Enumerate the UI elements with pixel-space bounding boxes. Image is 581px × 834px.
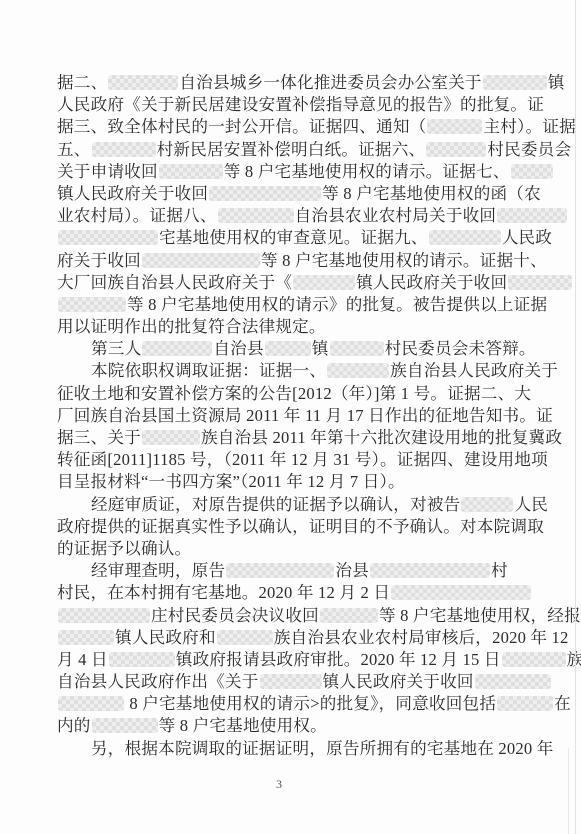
text-segment: 等 8 户宅基地使用权，经报 xyxy=(379,606,581,625)
text-segment: 族自治县人民政府关于 xyxy=(390,361,558,380)
text-line: 月 4 日镇政府报请县政府审批。2020 年 12 月 15 日族 xyxy=(57,649,543,671)
text-line: 庄村民委员会决议收回等 8 户宅基地使用权，经报 xyxy=(57,605,543,627)
text-segment: 镇人民政府关于收回 xyxy=(57,184,208,203)
redaction-block xyxy=(429,230,501,245)
text-segment: 经审理查明，原告 xyxy=(91,561,225,580)
text-segment: 自治县 xyxy=(213,339,263,358)
text-line: 用以证明作出的批复符合法律规定。 xyxy=(57,316,543,338)
text-line: 大厂回族自治县人民政府关于《镇人民政府关于收回 xyxy=(57,272,543,294)
redaction-block xyxy=(109,652,175,667)
redaction-block xyxy=(265,341,311,356)
text-segment: 村民委员会未答辩。 xyxy=(385,339,536,358)
text-segment: 庄村民委员会决议收回 xyxy=(151,606,319,625)
redaction-block xyxy=(497,696,553,711)
text-line: 政府提供的证据真实性予以确认，证明目的不予确认。对本院调取 xyxy=(57,516,543,538)
page-number: 3 xyxy=(269,777,289,792)
text-segment: 府关于收回 xyxy=(57,251,141,270)
text-line: 自治县人民政府作出《关于镇人民政府关于收回 xyxy=(57,671,543,693)
redaction-block xyxy=(508,275,572,290)
text-line: 关于申请收回等 8 户宅基地使用权的请示。证据七、 xyxy=(57,161,543,183)
text-segment: 第三人 xyxy=(91,339,141,358)
text-segment: 经庭审质证，对原告提供的证据予以确认，对被告 xyxy=(91,495,460,514)
scan-edge-artifact-lower xyxy=(568,748,569,834)
redaction-block xyxy=(483,75,547,90)
redaction-block xyxy=(142,341,212,356)
redaction-block xyxy=(58,608,150,623)
text-segment: 五、 xyxy=(57,140,91,159)
redaction-block xyxy=(391,585,531,600)
text-segment: 主村）。证据 xyxy=(483,117,575,136)
text-segment: 的证据予以确认。 xyxy=(57,539,191,558)
text-segment: 人民政府《关于新民居建设安置补偿指导意见的报告》的批复。证 xyxy=(57,95,544,114)
text-line: 据三、关于族自治县 2011 年第十六批次建设用地的批复冀政 xyxy=(57,427,543,449)
text-line: 宅基地使用权的审查意见。证据九、人民政 xyxy=(57,227,543,249)
text-segment: 人民 xyxy=(514,495,548,514)
text-segment: 族自治县农业农村局审核后，2020 年 12 xyxy=(274,628,569,647)
text-segment: 本院依职权调取证据：证据一、 xyxy=(91,361,326,380)
text-segment: 等 8 户宅基地使用权的请示。证据七、 xyxy=(224,162,510,181)
text-segment: 另，根据本院调取的证据证明，原告所拥有的宅基地在 2020 年 xyxy=(91,739,554,758)
redaction-block xyxy=(226,563,334,578)
redaction-block xyxy=(511,164,553,179)
text-line: 经审理查明，原告治县村 xyxy=(57,560,543,582)
redaction-block xyxy=(497,208,567,223)
redaction-block xyxy=(159,164,223,179)
redaction-block xyxy=(58,630,114,645)
redaction-block xyxy=(217,630,273,645)
redaction-block xyxy=(142,253,260,268)
redaction-block xyxy=(92,718,158,733)
text-segment: 自治县人民政府作出《关于 xyxy=(57,672,259,691)
text-segment: 内的 xyxy=(57,716,91,735)
redaction-block xyxy=(427,119,482,134)
text-segment: 村民，在本村拥有宅基地。2020 年 12 月 2 日 xyxy=(57,583,390,602)
text-segment: 等 8 户宅基地使用权。 xyxy=(159,716,327,735)
text-segment: 目呈报材料“一书四方案”（2011 年 12 月 7 日）。 xyxy=(57,472,405,491)
scan-edge-artifact xyxy=(575,0,576,834)
text-segment: 村 xyxy=(491,561,508,580)
text-segment: 镇政府报请县政府审批。2020 年 12 月 15 日 xyxy=(176,650,501,669)
text-segment: 镇 xyxy=(548,73,565,92)
text-segment: 关于申请收回 xyxy=(57,162,158,181)
text-segment: 人民政 xyxy=(502,228,552,247)
text-line: 转征函[2011]1185 号，（2011 年 12 月 31 号）。证据四、建… xyxy=(57,449,543,471)
text-line: 8 户宅基地使用权的请示>的批复》，同意收回包括在 xyxy=(57,693,543,715)
text-segment: 厂回族自治县国土资源局 2011 年 11 月 17 日作出的征地告知书。证 xyxy=(57,406,553,425)
redaction-block xyxy=(218,208,294,223)
text-segment: 村民委员会 xyxy=(487,140,571,159)
text-segment: 等 8 户宅基地使用权的请示》的批复。被告提供以上证据 xyxy=(127,295,547,314)
text-line: 业农村局）。证据八、自治县农业农村局关于收回 xyxy=(57,205,543,227)
text-segment: 据三、关于 xyxy=(57,428,141,447)
text-segment: 村新民居安置补偿明白纸。证据六、 xyxy=(157,140,426,159)
text-line: 的证据予以确认。 xyxy=(57,538,543,560)
text-segment: 用以证明作出的批复符合法律规定。 xyxy=(57,317,326,336)
redaction-block xyxy=(209,186,321,201)
redaction-block xyxy=(108,75,178,90)
text-line: 镇人民政府和族自治县农业农村局审核后，2020 年 12 xyxy=(57,627,543,649)
text-line: 据三、致全体村民的一封公开信。证据四、通知（主村）。证据 xyxy=(57,116,543,138)
redaction-block xyxy=(58,696,124,711)
text-segment: 自治县城乡一体化推进委员会办公室关于 xyxy=(179,73,481,92)
text-line: 人民政府《关于新民居建设安置补偿指导意见的报告》的批复。证 xyxy=(57,94,543,116)
text-line: 目呈报材料“一书四方案”（2011 年 12 月 7 日）。 xyxy=(57,471,543,493)
text-segment: 政府提供的证据真实性予以确认，证明目的不予确认。对本院调取 xyxy=(57,517,544,536)
text-segment: 等 8 户宅基地使用权的函（农 xyxy=(322,184,541,203)
redaction-block xyxy=(58,230,158,245)
text-segment: 治县 xyxy=(335,561,369,580)
text-segment: 大厂回族自治县人民政府关于《 xyxy=(57,273,292,292)
text-segment: 转征函[2011]1185 号，（2011 年 12 月 31 号）。证据四、建… xyxy=(57,450,548,469)
text-line: 府关于收回等 8 户宅基地使用权的请示。证据十、 xyxy=(57,250,543,272)
redaction-block xyxy=(502,652,566,667)
text-segment: 族自治县 2011 年第十六批次建设用地的批复冀政 xyxy=(201,428,562,447)
text-segment: 征收土地和安置补偿方案的公告[2012（年）]第 1 号。证据二、大 xyxy=(57,384,531,403)
text-line: 五、村新民居安置补偿明白纸。证据六、村民委员会 xyxy=(57,139,543,161)
text-line: 厂回族自治县国土资源局 2011 年 11 月 17 日作出的征地告知书。证 xyxy=(57,405,543,427)
text-segment: 据三、致全体村民的一封公开信。证据四、通知（ xyxy=(57,117,426,136)
redaction-block xyxy=(92,142,156,157)
redaction-block xyxy=(327,363,389,378)
text-line: 经庭审质证，对原告提供的证据予以确认，对被告人民 xyxy=(57,494,543,516)
text-segment: 族 xyxy=(567,650,581,669)
redaction-block xyxy=(293,275,355,290)
text-segment: 月 4 日 xyxy=(57,650,108,669)
text-line: 本院依职权调取证据：证据一、族自治县人民政府关于 xyxy=(57,360,543,382)
text-line: 内的等 8 户宅基地使用权。 xyxy=(57,715,543,737)
text-segment: 宅基地使用权的审查意见。证据九、 xyxy=(159,228,428,247)
text-line: 等 8 户宅基地使用权的请示》的批复。被告提供以上证据 xyxy=(57,294,543,316)
text-segment: 镇 xyxy=(312,339,329,358)
text-line: 征收土地和安置补偿方案的公告[2012（年）]第 1 号。证据二、大 xyxy=(57,383,543,405)
text-segment: 据二、 xyxy=(57,73,107,92)
redaction-block xyxy=(320,608,378,623)
text-segment: 镇人民政府关于收回 xyxy=(323,672,474,691)
text-line: 第三人自治县镇村民委员会未答辩。 xyxy=(57,338,543,360)
text-segment: 镇人民政府和 xyxy=(115,628,216,647)
redaction-block xyxy=(426,142,486,157)
redaction-block xyxy=(330,341,384,356)
text-segment: 等 8 户宅基地使用权的请示。证据十、 xyxy=(261,251,547,270)
text-line: 据二、自治县城乡一体化推进委员会办公室关于镇 xyxy=(57,72,543,94)
text-line: 村民，在本村拥有宅基地。2020 年 12 月 2 日 xyxy=(57,582,543,604)
redaction-block xyxy=(475,674,551,689)
text-segment: 镇人民政府关于收回 xyxy=(356,273,507,292)
redaction-block xyxy=(260,674,322,689)
text-line: 另，根据本院调取的证据证明，原告所拥有的宅基地在 2020 年 xyxy=(57,738,543,760)
redaction-block xyxy=(461,497,513,512)
redaction-block xyxy=(142,430,200,445)
text-segment: 8 户宅基地使用权的请示>的批复》，同意收回包括 xyxy=(125,694,496,713)
document-page: 据二、自治县城乡一体化推进委员会办公室关于镇人民政府《关于新民居建设安置补偿指导… xyxy=(0,0,581,834)
judgment-text-block: 据二、自治县城乡一体化推进委员会办公室关于镇人民政府《关于新民居建设安置补偿指导… xyxy=(57,72,543,760)
text-segment: 业农村局）。证据八、 xyxy=(57,206,217,225)
text-line: 镇人民政府关于收回等 8 户宅基地使用权的函（农 xyxy=(57,183,543,205)
redaction-block xyxy=(370,563,490,578)
text-segment: 在 xyxy=(554,694,571,713)
text-segment: 自治县农业农村局关于收回 xyxy=(295,206,497,225)
redaction-block xyxy=(58,297,126,312)
